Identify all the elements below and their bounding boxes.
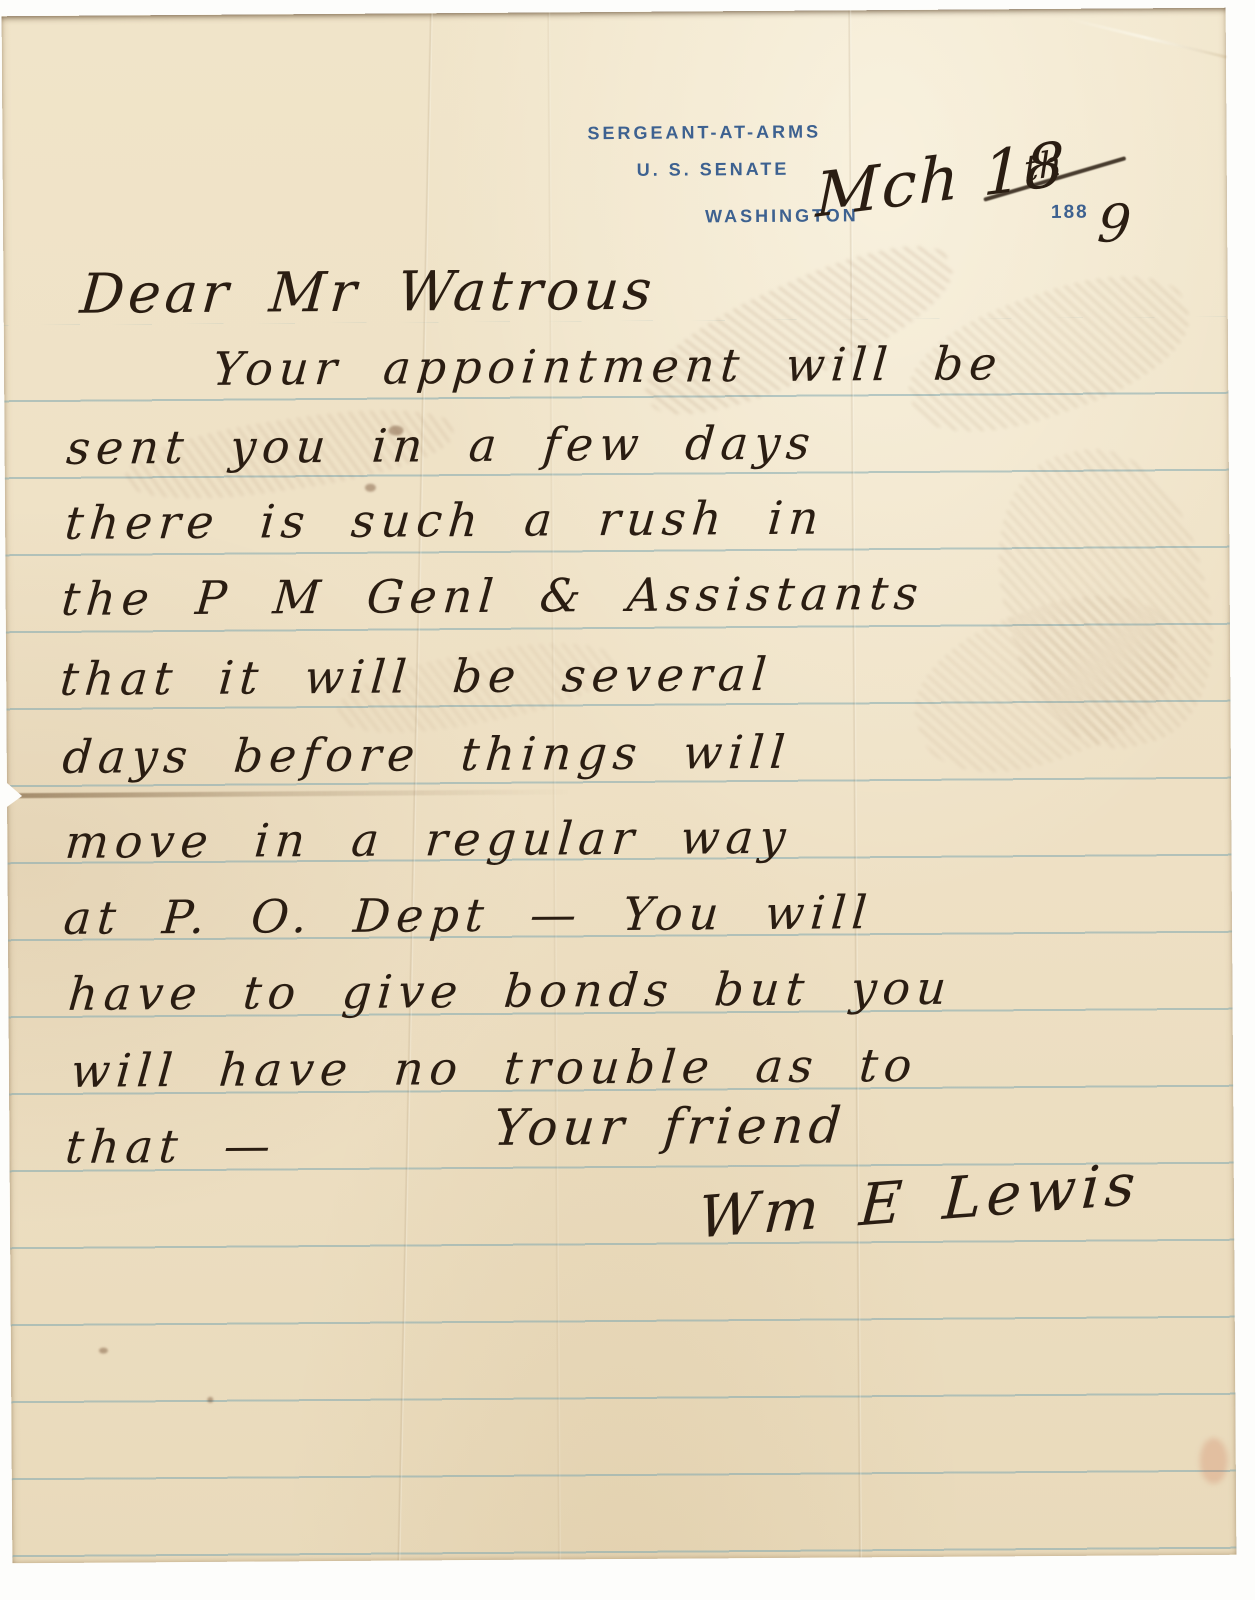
edge-stain	[1200, 1438, 1228, 1484]
letter-page: SERGEANT-AT-ARMS U. S. SENATE WASHINGTON…	[2, 8, 1237, 1564]
body-line: that it will be several	[58, 651, 774, 702]
letterhead-year-prefix: 188	[1051, 202, 1089, 224]
body-line: move in a regular way	[64, 814, 794, 865]
ink-speck	[365, 484, 376, 492]
letterhead: SERGEANT-AT-ARMS U. S. SENATE WASHINGTON…	[2, 8, 1226, 17]
ink-speck	[207, 1397, 213, 1403]
scan-stage: SERGEANT-AT-ARMS U. S. SENATE WASHINGTON…	[0, 0, 1255, 1600]
body-line: have to give bonds but you	[67, 965, 954, 1017]
body-line: at P. O. Dept — You will	[62, 889, 874, 941]
handwritten-date: Mch 18 th 9	[2, 8, 1226, 17]
salutation: Dear Mr Watrous	[78, 258, 658, 326]
body-line: the P M Genl & Assistants	[60, 570, 926, 622]
body-line: there is such a rush in	[63, 495, 826, 546]
ink-speck	[99, 1348, 108, 1354]
body-line: sent you in a few days	[65, 420, 818, 471]
body-line: that —	[64, 1122, 278, 1169]
letter-body: Your appointment will be sent you in a f…	[2, 8, 1226, 17]
body-line: days before things will	[61, 729, 793, 780]
letterhead-org-line: U. S. SENATE	[637, 159, 790, 181]
letterhead-office-line: SERGEANT-AT-ARMS	[587, 122, 821, 145]
closing-phrase: Your friend	[492, 1096, 849, 1156]
body-line: Your appointment will be	[211, 340, 1004, 392]
date-year-digit: 9	[1095, 194, 1133, 254]
body-line: will have no trouble as to	[69, 1042, 919, 1094]
corner-crease	[1066, 17, 1227, 59]
